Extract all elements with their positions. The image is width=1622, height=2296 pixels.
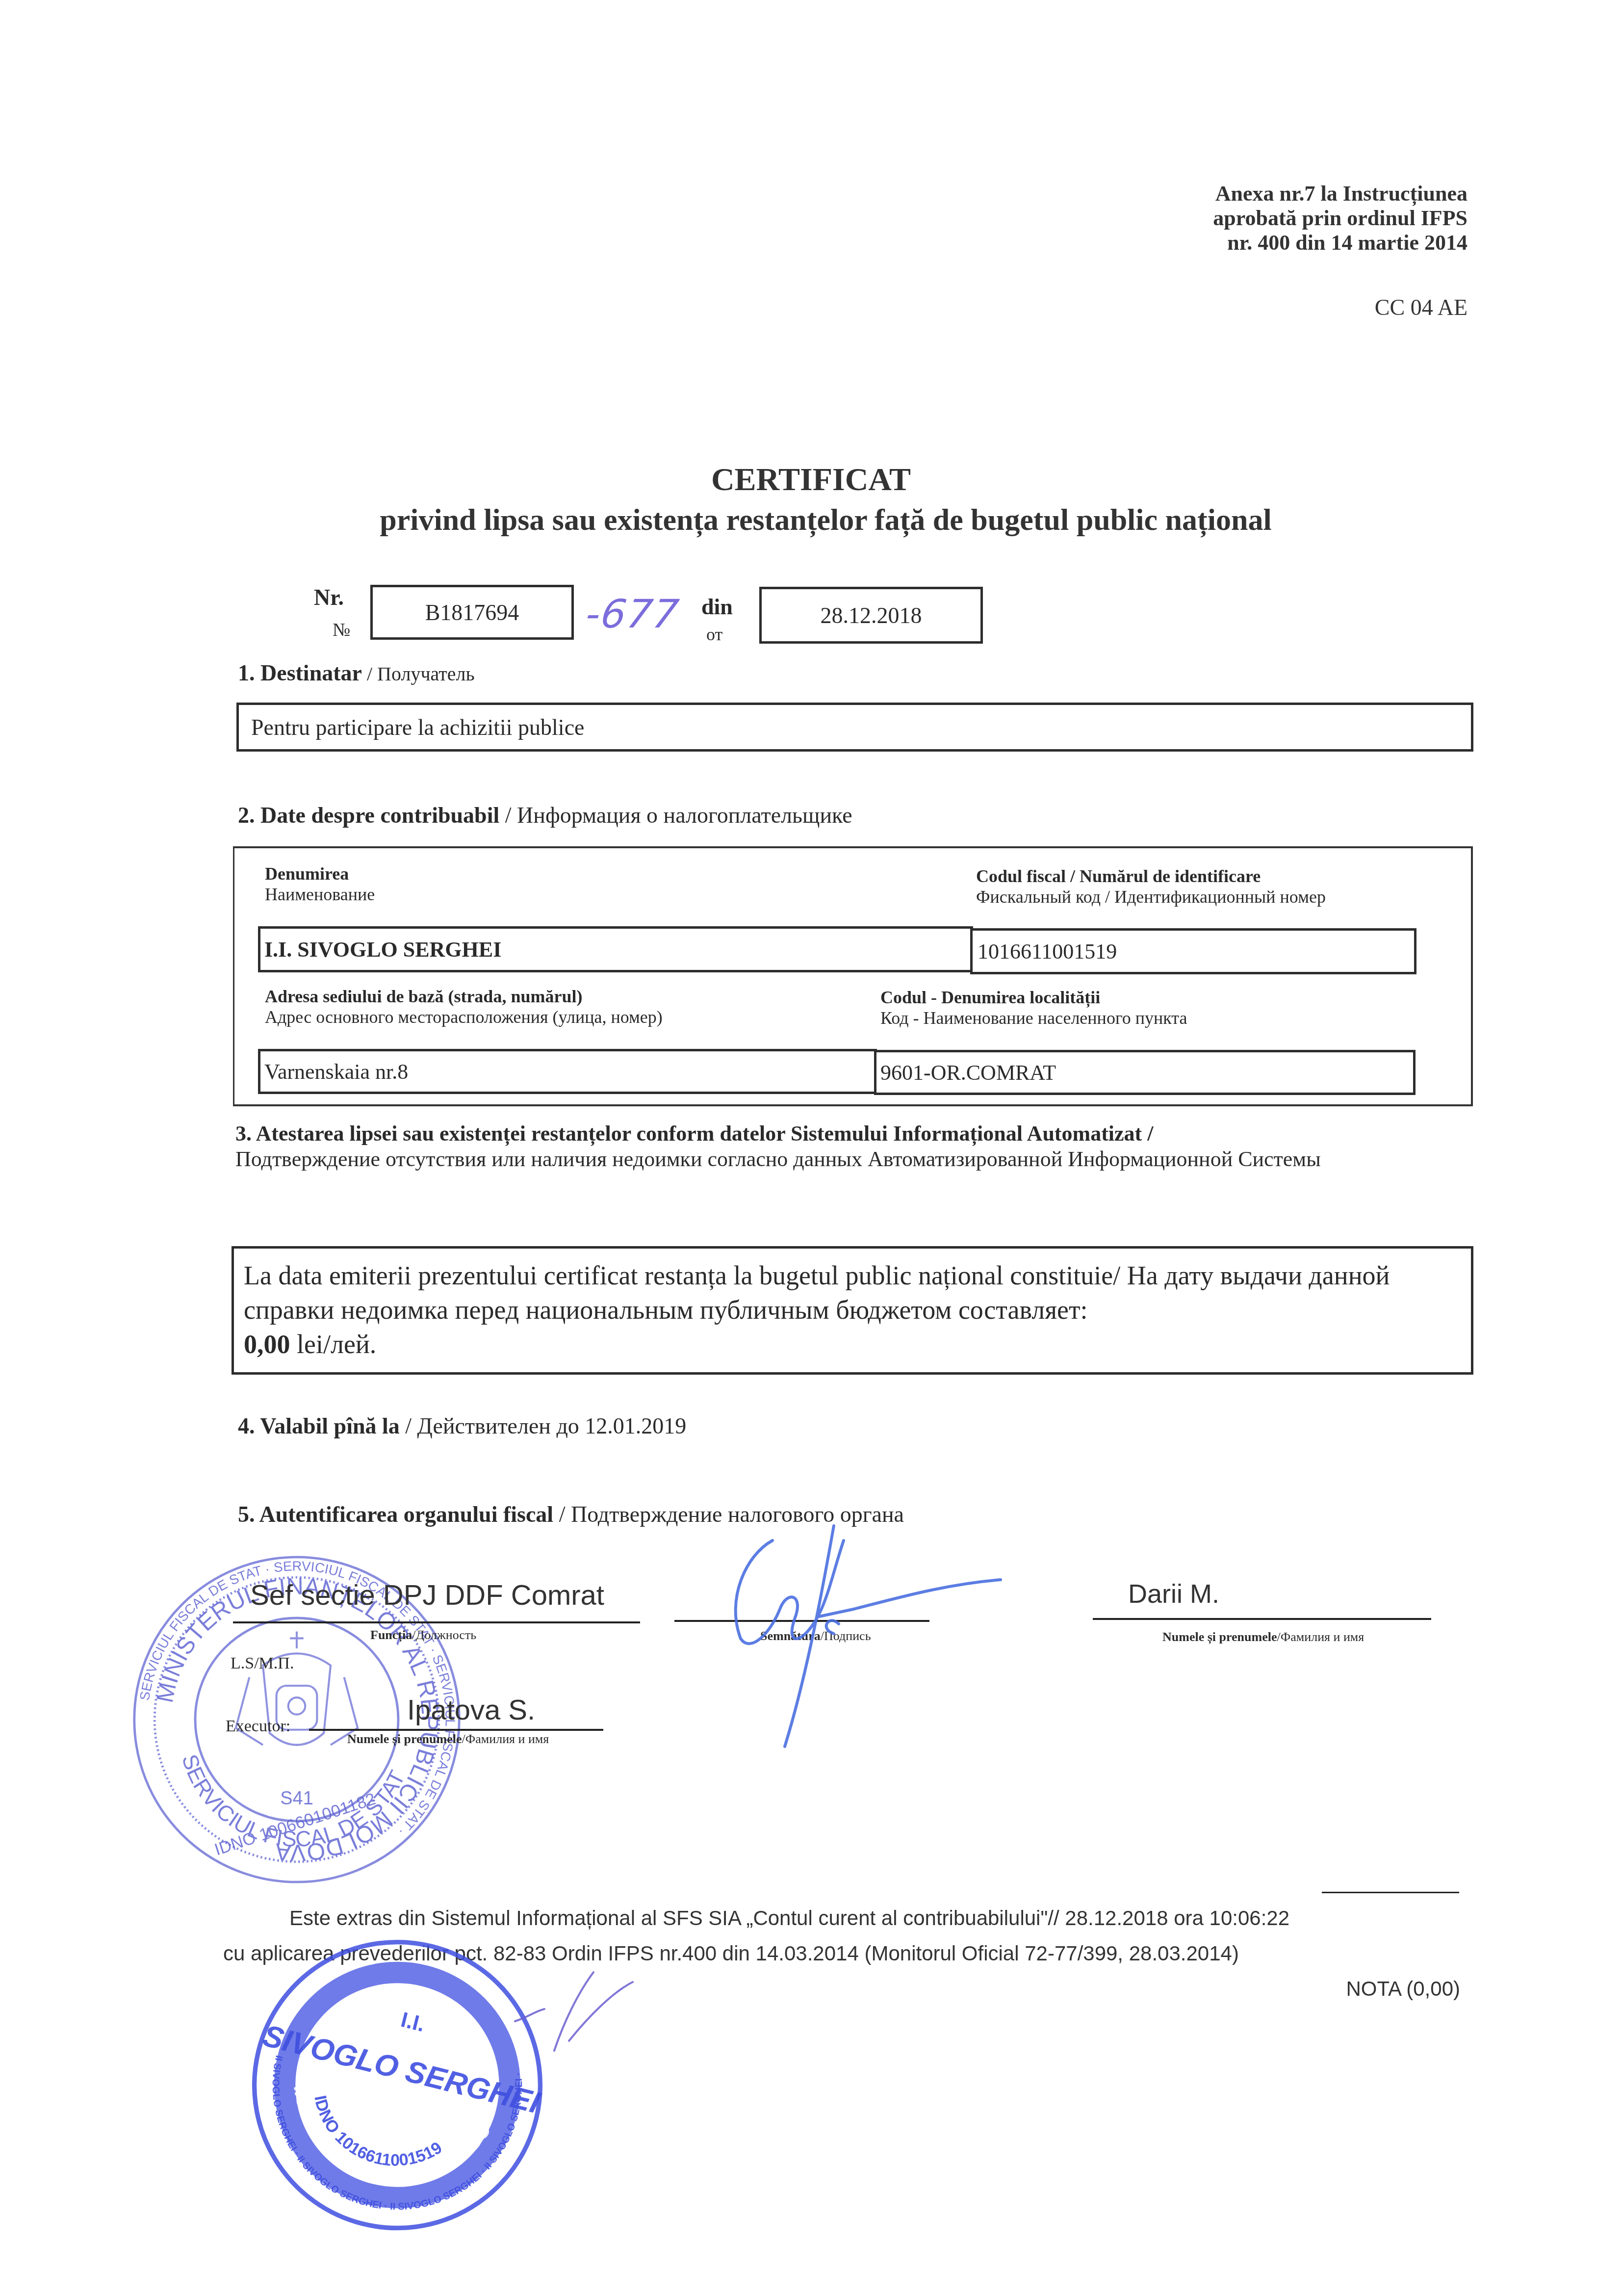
- enterprise-stamp: II SIVOGLO SERGHEI · II SIVOGLO SERGHEI …: [245, 1933, 549, 2237]
- section5-heading: 5. Autentificarea organului fiscal / Под…: [238, 1501, 904, 1527]
- annex-line-2: aprobată prin ordinul IFPS: [1026, 206, 1468, 231]
- signature-caption: Semnătura/Подпись: [760, 1629, 871, 1644]
- taxpayer-name: I.I. SIVOGLO SERGHEI: [264, 937, 501, 962]
- section4-validity: 4. Valabil pînă la / Действителен до 12.…: [238, 1413, 686, 1439]
- arrears-amount: 0,00: [244, 1330, 290, 1359]
- date-label-ru: от: [706, 624, 722, 645]
- svg-text:I.I.: I.I.: [399, 2008, 427, 2036]
- footer-extract-note: Este extras din Sistemul Informațional a…: [289, 1906, 1289, 1930]
- svg-text:SIVOGLO SERGHEI: SIVOGLO SERGHEI: [259, 2019, 544, 2120]
- recipient-field: Pentru participare la achizitii publice: [236, 703, 1473, 752]
- form-code: CC 04 AE: [1375, 294, 1468, 320]
- number-label: Nr.: [314, 586, 344, 609]
- stamp-ministry-text: MINISTERUL FINANȚELOR AL REPUBLICII MOLD…: [152, 1573, 443, 1866]
- address-value: Varnenskaia nr.8: [264, 1059, 408, 1084]
- executor-name: Ipatova S.: [407, 1694, 535, 1726]
- issue-date-field: 28.12.2018: [759, 587, 983, 644]
- taxpayer-signature: [505, 1962, 643, 2061]
- locality-label: Codul - Denumirea localității Код - Наим…: [880, 987, 1187, 1028]
- section1-heading: 1. Destinatar / Получатель: [238, 660, 475, 686]
- locality-value: 9601-OR.COMRAT: [880, 1060, 1056, 1085]
- section3-heading: 3. Atestarea lipsei sau existenței resta…: [235, 1121, 1462, 1172]
- annex-reference: Anexa nr.7 la Instrucțiunea aprobată pri…: [1026, 182, 1468, 255]
- footer-nota: NOTA (0,00): [1346, 1977, 1460, 2001]
- issue-date: 28.12.2018: [821, 602, 922, 628]
- address-label: Adresa sediului de bază (strada, numărul…: [265, 986, 663, 1027]
- certificate-number: B1817694: [425, 600, 519, 626]
- arrears-statement: La data emiterii prezentului certificat …: [244, 1261, 1390, 1325]
- svg-text:IDNO 1006601001182: IDNO 1006601001182: [212, 1790, 378, 1859]
- handwritten-registration-number: -677: [583, 591, 682, 637]
- svg-text:ÎNTREPRINZĂTOR INDIVIDUAL: ÎNTREPRINZĂTOR INDIVIDUAL: [245, 1933, 541, 2209]
- annex-line-3: nr. 400 din 14 martie 2014: [1026, 231, 1468, 255]
- svg-text:S41: S41: [280, 1788, 313, 1809]
- fiscal-code: 1016611001519: [978, 939, 1117, 964]
- number-label-ru: №: [333, 619, 350, 641]
- locality-field: 9601-OR.COMRAT: [874, 1050, 1416, 1095]
- footer-legal-basis: cu aplicarea prevederilor pct. 82-83 Ord…: [223, 1942, 1239, 1965]
- taxpayer-name-label: Denumirea Наименование: [265, 863, 375, 905]
- annex-line-1: Anexa nr.7 la Instrucțiunea: [1026, 182, 1468, 206]
- position-caption: Funcția/Должность: [370, 1628, 476, 1643]
- document-subtitle: privind lipsa sau existența restanțelor …: [0, 503, 1622, 538]
- section2-heading: 2. Date despre contribuabil / Информация…: [238, 802, 852, 828]
- name-caption: Numele și prenumele/Фамилия и имя: [1162, 1630, 1364, 1644]
- certificate-number-field: B1817694: [370, 585, 574, 640]
- name-line: [1093, 1618, 1431, 1620]
- signature-line: [674, 1620, 929, 1622]
- arrears-statement-box: La data emiterii prezentului certificat …: [232, 1246, 1473, 1375]
- svg-text:SERVICIUL FISCAL DE STAT: SERVICIUL FISCAL DE STAT: [177, 1751, 410, 1852]
- fiscal-code-field: 1016611001519: [970, 928, 1416, 974]
- official-name: Darii M.: [1128, 1579, 1219, 1609]
- seal-place-label: L.S/М.П.: [231, 1654, 294, 1673]
- svg-text:IDNO 1016611001519: IDNO 1016611001519: [298, 2090, 453, 2183]
- executor-line: [309, 1729, 603, 1731]
- recipient-value: Pentru participare la achizitii publice: [251, 714, 585, 740]
- executor-caption: Numele și prenumele/Фамилия и имя: [347, 1732, 549, 1747]
- position-line: [233, 1621, 640, 1623]
- svg-text:II SIVOGLO SERGHEI · II SIVOGL: II SIVOGLO SERGHEI · II SIVOGLO SERGHEI …: [245, 2012, 531, 2237]
- address-field: Varnenskaia nr.8: [258, 1049, 877, 1094]
- footer-rule: [1322, 1892, 1459, 1893]
- date-label: din: [701, 594, 733, 620]
- arrears-currency: lei/лей.: [290, 1330, 377, 1359]
- official-position: Sef sectie DPJ DDF Comrat: [250, 1579, 604, 1612]
- valid-until-date: 12.01.2019: [585, 1413, 686, 1438]
- taxpayer-name-field: I.I. SIVOGLO SERGHEI: [258, 926, 973, 972]
- fiscal-code-label: Codul fiscal / Numărul de identificare Ф…: [976, 866, 1326, 907]
- executor-label: Executor:: [226, 1717, 290, 1736]
- document-title: CERTIFICAT: [0, 461, 1622, 498]
